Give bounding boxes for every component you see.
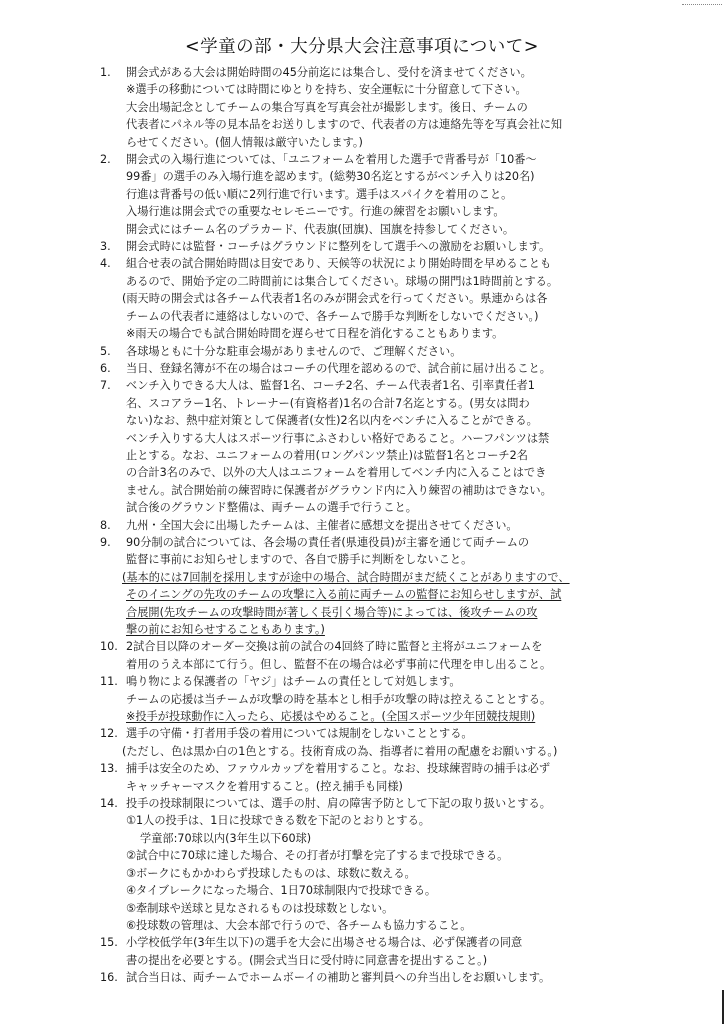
notice-line: ⑥投球数の管理は、大会本部で行うので、各チームも協力すること。 <box>100 917 660 934</box>
notice-item: 12.選手の守備・打者用手袋の着用については規制をしないこととする。(ただし、色… <box>100 725 660 760</box>
notice-line: 捕手は安全のため、ファウルカップを着用すること。なお、投球練習時の捕手は必ず <box>100 760 660 777</box>
notice-line-text: ④タイブレークになった場合、1日70球制限内で投球できる。 <box>126 884 436 897</box>
notice-line: ※雨天の場合でも試合開始時間を遅らせて日程を消化することもあります。 <box>100 325 660 342</box>
notice-line: 99番」の選手のみ入場行進を認めます。(総勢30名迄とするがベンチ入りは20名) <box>100 168 660 185</box>
notice-line-text: 捕手は安全のため、ファウルカップを着用すること。なお、投球練習時の捕手は必ず <box>126 762 550 775</box>
notice-line: ません。試合開始前の練習時に保護者がグラウンド内に入り練習の補助はできない。 <box>100 482 660 499</box>
notice-line-text: ない)なお、熱中症対策として保護者(女性)2名以内をベンチに入ることができる。 <box>126 414 538 427</box>
notice-line-text: ※投手が投球動作に入ったら、応援はやめること。(全国スポーツ少年団競技規則) <box>126 710 535 723</box>
notice-line-text: 鳴り物による保護者の「ヤジ」はチームの責任として対処します。 <box>126 675 461 688</box>
notice-line-text: ⑥投球数の管理は、大会本部で行うので、各チームも協力すること。 <box>126 919 471 932</box>
notice-item: 3.開会式時には監督・コーチはグラウンドに整列をして選手への激励をお願いします。 <box>100 238 660 255</box>
notice-line: 代表者にパネル等の見本品をお送りしますので、代表者の方は連絡先等を写真会社に知 <box>100 116 660 133</box>
notice-line-text: 各球場ともに十分な駐車会場がありませんので、ご理解ください。 <box>126 345 461 358</box>
notice-line: 組合せ表の試合開始時間は目安であり、天候等の状況により開始時間を早めることも <box>100 255 660 272</box>
notice-line: 試合当日は、両チームでホームボーイの補助と審判員への弁当出しをお願いします。 <box>100 969 660 986</box>
notice-line: 合展開(先攻チームの攻撃時間が著しく長引く場合等)によっては、後攻チームの攻 <box>100 604 660 621</box>
notice-line: ベンチ入りする大人はスポーツ行事にふさわしい格好であること。ハーフパンツは禁 <box>100 430 660 447</box>
notice-line: ⑤牽制球や送球と見なされるものは投球数としない。 <box>100 900 660 917</box>
notice-line-text: 開会式にはチーム名のプラカード、代表旗(団旗)、国旗を持参してください。 <box>126 223 514 236</box>
notice-line-text: 着用のうえ本部にて行う。但し、監督不在の場合は必ず事前に代理を申し出ること。 <box>126 658 551 671</box>
document-page: <学童の部・大分県大会注意事項について> 1.開会式がある大会は開始時間の45分… <box>0 0 724 1024</box>
notice-item: 1.開会式がある大会は開始時間の45分前迄には集合し、受付を済ませてください。※… <box>100 64 660 151</box>
notice-line-text: そのイニングの先攻のチームの攻撃に入る前に両チームの監督にお知らせしますが、試 <box>126 588 561 601</box>
notice-line-text: 大会出場記念としてチームの集合写真を写真会社が撮影します。後日、チームの <box>126 101 528 114</box>
notice-line-text: 合展開(先攻チームの攻撃時間が著しく長引く場合等)によっては、後攻チームの攻 <box>126 606 537 619</box>
notice-number: 16. <box>100 969 126 986</box>
notice-number: 2. <box>100 151 126 168</box>
notice-line: 大会出場記念としてチームの集合写真を写真会社が撮影します。後日、チームの <box>100 99 660 116</box>
notice-line-text: 99番」の選手のみ入場行進を認めます。(総勢30名迄とするがベンチ入りは20名) <box>126 170 535 183</box>
notice-line-text: 開会式がある大会は開始時間の45分前迄には集合し、受付を済ませてください。 <box>126 66 532 79</box>
notice-line: 小学校低学年(3年生以下)の選手を大会に出場させる場合は、必ず保護者の同意 <box>100 934 660 951</box>
notice-item: 13.捕手は安全のため、ファウルカップを着用すること。なお、投球練習時の捕手は必… <box>100 760 660 795</box>
notice-line: 2試合目以降のオーダー交換は前の試合の4回終了時に監督と主将がユニフォームを <box>100 638 660 655</box>
notice-line-text: あるので、開始予定の二時間前には集合してください。球場の開門は1時間前とする。 <box>126 275 558 288</box>
notice-number: 5. <box>100 343 126 360</box>
notice-number: 12. <box>100 725 126 742</box>
notice-line: ②試合中に70球に達した場合、その打者が打撃を完了するまで投球できる。 <box>100 847 660 864</box>
notice-line: (基本的には7回制を採用しますが途中の場合、試合時間がまだ続くことがありますので… <box>100 569 660 586</box>
notice-line: 開会式がある大会は開始時間の45分前迄には集合し、受付を済ませてください。 <box>100 64 660 81</box>
notice-item: 9.90分制の試合については、各会場の責任者(県連役員)が主審を通じて両チームの… <box>100 534 660 638</box>
notice-line-text: (ただし、色は黒か白の1色とする。技術育成の為、指導者に着用の配慮をお願いする。… <box>122 745 557 758</box>
notice-line-text: 選手の守備・打者用手袋の着用については規制をしないこととする。 <box>126 727 473 740</box>
notice-line-text: チームの代表者に連絡はしないので、各チームで勝手な判断をしないでください。) <box>126 310 538 323</box>
document-title: <学童の部・大分県大会注意事項について> <box>0 33 724 58</box>
notice-line: 開会式時には監督・コーチはグラウンドに整列をして選手への激励をお願いします。 <box>100 238 660 255</box>
notice-number: 6. <box>100 360 126 377</box>
notice-line-text: 組合せ表の試合開始時間は目安であり、天候等の状況により開始時間を早めることも <box>126 257 551 270</box>
scan-artifact-top <box>682 4 722 7</box>
notice-line-text: 名、スコアラー1名、トレーナー(有資格者)1名の合計7名迄とする。(男女は問わ <box>126 397 530 410</box>
notice-line-text: (雨天時の開会式は各チーム代表者1名のみが開会式を行ってください。県連からは各 <box>122 292 547 305</box>
notice-line-text: ベンチ入りできる大人は、監督1名、コーチ2名、チーム代表者1名、引率責任者1 <box>126 379 535 392</box>
notice-number: 14. <box>100 795 126 812</box>
notice-line: 入場行進は開会式での重要なセレモニーです。行進の練習をお願いします。 <box>100 203 660 220</box>
notice-item: 5.各球場ともに十分な駐車会場がありませんので、ご理解ください。 <box>100 343 660 360</box>
notice-line-text: ません。試合開始前の練習時に保護者がグラウンド内に入り練習の補助はできない。 <box>126 484 552 497</box>
notice-number: 11. <box>100 673 126 690</box>
notice-line: キャッチャーマスクを着用すること。(控え捕手も同様) <box>100 778 660 795</box>
notice-line-text: 試合当日は、両チームでホームボーイの補助と審判員への弁当出しをお願いします。 <box>126 971 550 984</box>
notice-line-text: 投手の投球制限については、選手の肘、肩の障害予防として下記の取り扱いとする。 <box>126 797 551 810</box>
notice-line: 書の提出を必要とする。(開会式当日に受付時に同意書を提出すること。) <box>100 952 660 969</box>
notice-number: 9. <box>100 534 126 551</box>
notice-item: 7.ベンチ入りできる大人は、監督1名、コーチ2名、チーム代表者1名、引率責任者1… <box>100 377 660 516</box>
notice-line: ※選手の移動については時間にゆとりを持ち、安全運転に十分留意して下さい。 <box>100 81 660 98</box>
notice-line-text: ⑤牽制球や送球と見なされるものは投球数としない。 <box>126 902 393 915</box>
notice-line-text: 止とする。なお、ユニフォームの着用(ロングパンツ禁止)は監督1名とコーチ2名 <box>126 449 528 462</box>
notice-line: 当日、登録名簿が不在の場合はコーチの代理を認めるので、試合前に届け出ること。 <box>100 360 660 377</box>
notice-line: (雨天時の開会式は各チーム代表者1名のみが開会式を行ってください。県連からは各 <box>100 290 660 307</box>
notice-line-text: (基本的には7回制を採用しますが途中の場合、試合時間がまだ続くことがありますので… <box>122 571 570 584</box>
notice-line: 行進は背番号の低い順に2列行進で行います。選手はスパイクを着用のこと。 <box>100 186 660 203</box>
notice-line: チームの代表者に連絡はしないので、各チームで勝手な判断をしないでください。) <box>100 308 660 325</box>
notice-line: 選手の守備・打者用手袋の着用については規制をしないこととする。 <box>100 725 660 742</box>
notice-line: ①1人の投手は、1日に投球できる数を下記のとおりとする。 <box>100 812 660 829</box>
notice-line: そのイニングの先攻のチームの攻撃に入る前に両チームの監督にお知らせしますが、試 <box>100 586 660 603</box>
notice-number: 1. <box>100 64 126 81</box>
notice-line: の合計3名のみで、以外の大人はユニフォームを着用してベンチ内に入ることはでき <box>100 464 660 481</box>
notice-line-text: 入場行進は開会式での重要なセレモニーです。行進の練習をお願いします。 <box>126 205 505 218</box>
notice-line-text: の合計3名のみで、以外の大人はユニフォームを着用してベンチ内に入ることはでき <box>126 466 546 479</box>
notice-item: 11.鳴り物による保護者の「ヤジ」はチームの責任として対処します。チームの応援は… <box>100 673 660 725</box>
notice-number: 15. <box>100 934 126 951</box>
notice-line-text: 書の提出を必要とする。(開会式当日に受付時に同意書を提出すること。) <box>126 954 487 967</box>
notice-item: 8.九州・全国大会に出場したチームは、主催者に感想文を提出させてください。 <box>100 517 660 534</box>
notice-line-text: ※雨天の場合でも試合開始時間を遅らせて日程を消化することもあります。 <box>126 327 503 340</box>
notice-line: あるので、開始予定の二時間前には集合してください。球場の開門は1時間前とする。 <box>100 273 660 290</box>
notice-line-text: 開会式の入場行進については、「ユニフォームを着用した選手で背番号が「10番～ <box>126 153 537 166</box>
notice-line-text: ※選手の移動については時間にゆとりを持ち、安全運転に十分留意して下さい。 <box>126 83 527 96</box>
notice-item: 10.2試合目以降のオーダー交換は前の試合の4回終了時に監督と主将がユニフォーム… <box>100 638 660 673</box>
notice-line-text: 90分制の試合については、各会場の責任者(県連役員)が主審を通じて両チームの <box>126 536 529 549</box>
notice-line-text: ①1人の投手は、1日に投球できる数を下記のとおりとする。 <box>126 814 430 827</box>
notice-line: チームの応援は当チームが攻撃の時を基本とし相手が攻撃の時は控えることとする。 <box>100 691 660 708</box>
notice-line-text: 小学校低学年(3年生以下)の選手を大会に出場させる場合は、必ず保護者の同意 <box>126 936 522 949</box>
notice-line: 開会式にはチーム名のプラカード、代表旗(団旗)、国旗を持参してください。 <box>100 221 660 238</box>
notice-line: 止とする。なお、ユニフォームの着用(ロングパンツ禁止)は監督1名とコーチ2名 <box>100 447 660 464</box>
notice-line: 鳴り物による保護者の「ヤジ」はチームの責任として対処します。 <box>100 673 660 690</box>
notice-line-text: 2試合目以降のオーダー交換は前の試合の4回終了時に監督と主将がユニフォームを <box>126 640 542 653</box>
notice-line: ④タイブレークになった場合、1日70球制限内で投球できる。 <box>100 882 660 899</box>
notice-line: 試合後のグラウンド整備は、両チームの選手で行うこと。 <box>100 499 660 516</box>
notice-line-text: 九州・全国大会に出場したチームは、主催者に感想文を提出させてください。 <box>126 519 518 532</box>
notice-number: 13. <box>100 760 126 777</box>
notice-line: ③ボークにもかかわらず投球したものは、球数に数える。 <box>100 865 660 882</box>
notice-line: 開会式の入場行進については、「ユニフォームを着用した選手で背番号が「10番～ <box>100 151 660 168</box>
notice-number: 8. <box>100 517 126 534</box>
notice-item: 6.当日、登録名簿が不在の場合はコーチの代理を認めるので、試合前に届け出ること。 <box>100 360 660 377</box>
notice-list: 1.開会式がある大会は開始時間の45分前迄には集合し、受付を済ませてください。※… <box>100 64 660 987</box>
notice-line-text: ベンチ入りする大人はスポーツ行事にふさわしい格好であること。ハーフパンツは禁 <box>126 432 549 445</box>
notice-line: らせてください。(個人情報は厳守いたします。) <box>100 134 660 151</box>
notice-line-text: 当日、登録名簿が不在の場合はコーチの代理を認めるので、試合前に届け出ること。 <box>126 362 551 375</box>
notice-number: 10. <box>100 638 126 655</box>
notice-line-text: 撃の前にお知らせすることもあります。) <box>126 623 325 636</box>
notice-line: 着用のうえ本部にて行う。但し、監督不在の場合は必ず事前に代理を申し出ること。 <box>100 656 660 673</box>
notice-line: ※投手が投球動作に入ったら、応援はやめること。(全国スポーツ少年団競技規則) <box>100 708 660 725</box>
notice-line-text: キャッチャーマスクを着用すること。(控え捕手も同様) <box>126 780 403 793</box>
notice-line-text: チームの応援は当チームが攻撃の時を基本とし相手が攻撃の時は控えることとする。 <box>126 693 551 706</box>
notice-line-text: 監督に事前にお知らせしますので、各自で勝手に判断をしないこと。 <box>126 553 472 566</box>
notice-line-text: 代表者にパネル等の見本品をお送りしますので、代表者の方は連絡先等を写真会社に知 <box>126 118 562 131</box>
notice-line: ない)なお、熱中症対策として保護者(女性)2名以内をベンチに入ることができる。 <box>100 412 660 429</box>
notice-line-text: ③ボークにもかかわらず投球したものは、球数に数える。 <box>126 867 416 880</box>
notice-line-text: 試合後のグラウンド整備は、両チームの選手で行うこと。 <box>126 501 417 514</box>
notice-item: 14.投手の投球制限については、選手の肘、肩の障害予防として下記の取り扱いとする… <box>100 795 660 934</box>
notice-line: 九州・全国大会に出場したチームは、主催者に感想文を提出させてください。 <box>100 517 660 534</box>
notice-number: 7. <box>100 377 126 394</box>
notice-line: 学童部:70球以内(3年生以下60球) <box>100 830 660 847</box>
notice-item: 2.開会式の入場行進については、「ユニフォームを着用した選手で背番号が「10番～… <box>100 151 660 238</box>
notice-item: 15.小学校低学年(3年生以下)の選手を大会に出場させる場合は、必ず保護者の同意… <box>100 934 660 969</box>
notice-line: 各球場ともに十分な駐車会場がありませんので、ご理解ください。 <box>100 343 660 360</box>
notice-line: 90分制の試合については、各会場の責任者(県連役員)が主審を通じて両チームの <box>100 534 660 551</box>
notice-line: 投手の投球制限については、選手の肘、肩の障害予防として下記の取り扱いとする。 <box>100 795 660 812</box>
notice-line: 撃の前にお知らせすることもあります。) <box>100 621 660 638</box>
notice-line-text: 学童部:70球以内(3年生以下60球) <box>140 832 311 845</box>
notice-line-text: らせてください。(個人情報は厳守いたします。) <box>126 136 363 149</box>
notice-number: 4. <box>100 255 126 272</box>
notice-line: 名、スコアラー1名、トレーナー(有資格者)1名の合計7名迄とする。(男女は問わ <box>100 395 660 412</box>
notice-line: ベンチ入りできる大人は、監督1名、コーチ2名、チーム代表者1名、引率責任者1 <box>100 377 660 394</box>
notice-line: 監督に事前にお知らせしますので、各自で勝手に判断をしないこと。 <box>100 551 660 568</box>
notice-line-text: 行進は背番号の低い順に2列行進で行います。選手はスパイクを着用のこと。 <box>126 188 512 201</box>
notice-number: 3. <box>100 238 126 255</box>
notice-line: (ただし、色は黒か白の1色とする。技術育成の為、指導者に着用の配慮をお願いする。… <box>100 743 660 760</box>
notice-line-text: ②試合中に70球に達した場合、その打者が打撃を完了するまで投球できる。 <box>126 849 508 862</box>
notice-item: 16.試合当日は、両チームでホームボーイの補助と審判員への弁当出しをお願いします… <box>100 969 660 986</box>
notice-item: 4.組合せ表の試合開始時間は目安であり、天候等の状況により開始時間を早めることも… <box>100 255 660 342</box>
notice-line-text: 開会式時には監督・コーチはグラウンドに整列をして選手への激励をお願いします。 <box>126 240 550 253</box>
